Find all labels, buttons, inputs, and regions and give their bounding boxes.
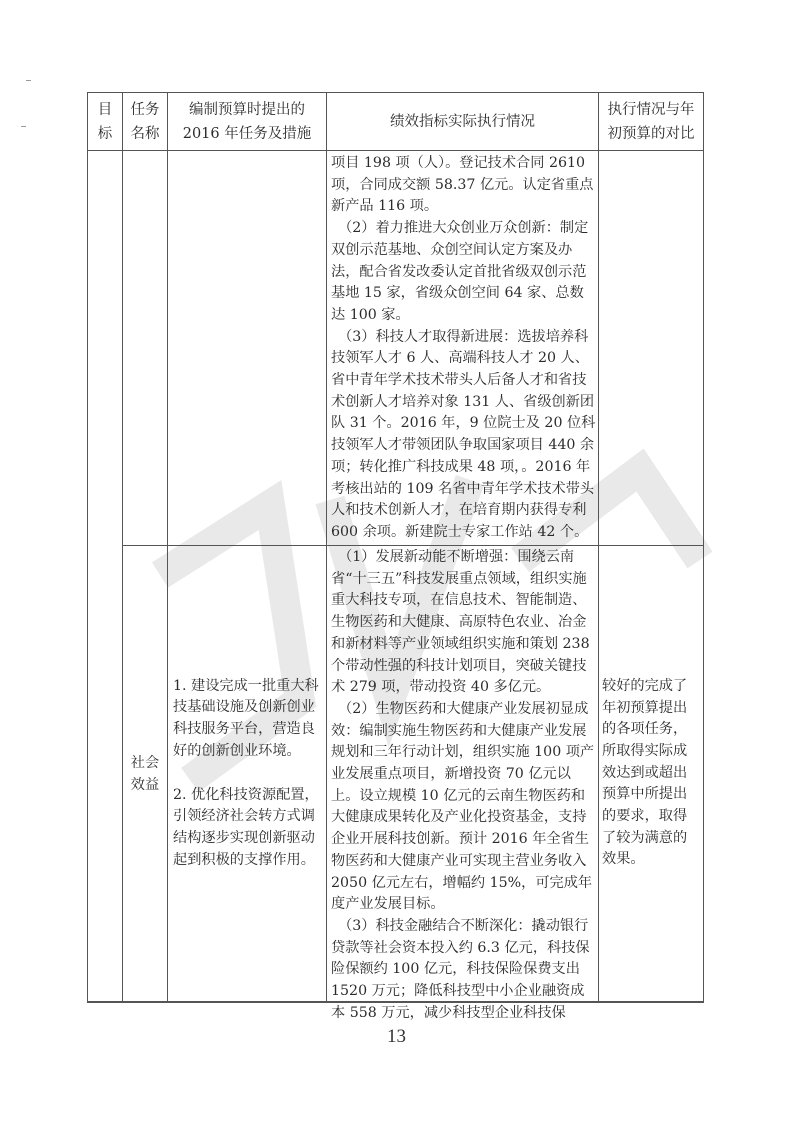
header-measures-line: 编制预算时提出的 — [183, 98, 312, 122]
table-border-right — [703, 92, 704, 1002]
column-divider — [167, 92, 168, 1002]
task-name-text: 社会效益 — [130, 752, 160, 796]
header-comparison-line: 执行情况与年 — [608, 98, 695, 122]
header-task-name-line: 名称 — [131, 122, 160, 146]
column-divider — [598, 92, 599, 1002]
performance-paragraph: （2）着力推进大众创业万众创新：制定双创示范基地、众创空间认定方案及办法，配合省… — [331, 218, 596, 327]
header-divider — [87, 150, 704, 151]
scan-artifact — [26, 80, 31, 81]
header-comparison: 执行情况与年初预算的对比 — [599, 93, 703, 150]
measure-item: 1. 建设完成一批重大科技基础设施及创新创业科技服务平台，营造良好的创新创业环境… — [173, 676, 323, 763]
header-performance: 绩效指标实际执行情况 — [327, 93, 598, 150]
header-performance-text: 绩效指标实际执行情况 — [390, 110, 535, 134]
measure-item: 2. 优化科技资源配置，引领经济社会转方式调结构逐步实现创新驱动起到积极的支撑作… — [173, 785, 323, 872]
header-goal-line: 标 — [98, 122, 113, 146]
header-measures-line: 2016 年任务及措施 — [183, 122, 312, 146]
scan-artifact — [21, 126, 26, 127]
column-divider — [326, 92, 327, 1002]
header-comparison-line: 初预算的对比 — [608, 122, 695, 146]
row2-comparison-cell: 较好的完成了年初预算提出的各项任务，所取得实际成效达到或超出预算中所提出的要求，… — [602, 546, 700, 1001]
page-number: 13 — [0, 1026, 793, 1048]
header-measures: 编制预算时提出的2016 年任务及措施 — [168, 93, 326, 150]
row2-measures-cell: 1. 建设完成一批重大科技基础设施及创新创业科技服务平台，营造良好的创新创业环境… — [173, 546, 323, 1001]
header-goal-line: 目 — [98, 98, 113, 122]
performance-paragraph: 项目 198 项（人）。登记技术合同 2610 项，合同成交额 58.37 亿元… — [331, 153, 596, 218]
performance-table: 目标 任务名称 编制预算时提出的2016 年任务及措施 绩效指标实际执行情况 执… — [87, 92, 704, 1002]
row2-performance-cell: （1）发展新动能不断增强：围绕云南省“十三五”科技发展重点领域，组织实施重大科技… — [331, 547, 596, 1001]
header-goal: 目标 — [88, 93, 122, 150]
row1-performance-cell: 项目 198 项（人）。登记技术合同 2610 项，合同成交额 58.37 亿元… — [331, 153, 596, 545]
performance-paragraph: （3）科技人才取得新进展：选拔培养科技领军人才 6 人、高端科技人才 20 人、… — [331, 327, 596, 544]
performance-paragraph: （3）科技金融结合不断深化：撬动银行贷款等社会资本投入约 6.3 亿元，科技保险… — [331, 916, 596, 1025]
table-border-left — [87, 92, 88, 1002]
performance-paragraph: （1）发展新动能不断增强：围绕云南省“十三五”科技发展重点领域，组织实施重大科技… — [331, 547, 596, 699]
comparison-text: 较好的完成了年初预算提出的各项任务，所取得实际成效达到或超出预算中所提出的要求，… — [602, 676, 700, 871]
header-task-name-line: 任务 — [131, 98, 160, 122]
header-task-name: 任务名称 — [123, 93, 167, 150]
row2-task-name-cell: 社会效益 — [123, 546, 167, 1001]
performance-paragraph: （2）生物医药和大健康产业发展初显成效：编制实施生物医药和大健康产业发展规划和三… — [331, 699, 596, 916]
